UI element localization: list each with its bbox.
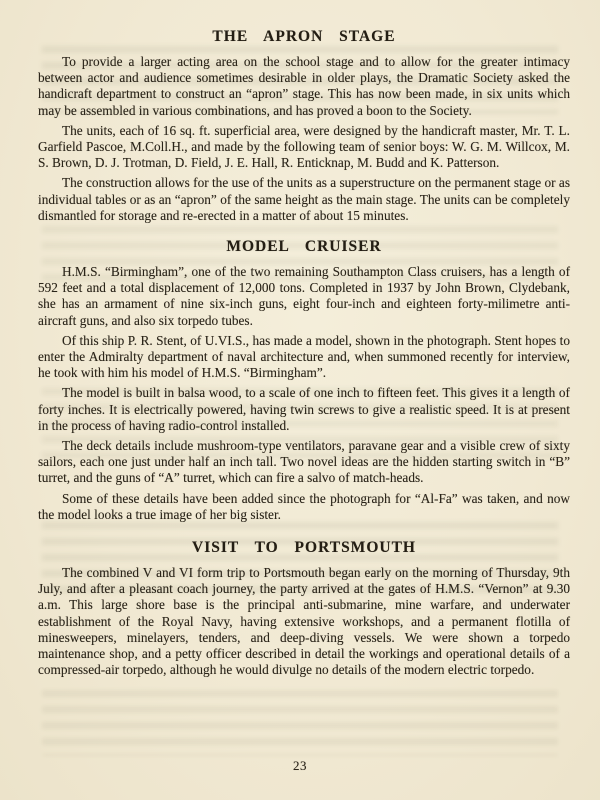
section-heading-apron-stage: THE APRON STAGE — [38, 28, 570, 46]
page-number: 23 — [0, 758, 600, 774]
section-heading-model-cruiser: MODEL CRUISER — [38, 238, 570, 256]
show-through-texture — [42, 690, 558, 756]
scanned-magazine-page: THE APRON STAGE To provide a larger acti… — [0, 0, 600, 800]
page-content: THE APRON STAGE To provide a larger acti… — [0, 0, 600, 679]
paragraph: The model is built in balsa wood, to a s… — [38, 385, 570, 434]
paragraph: The units, each of 16 sq. ft. superficia… — [38, 123, 570, 172]
paragraph: The construction allows for the use of t… — [38, 175, 570, 224]
paragraph: Of this ship P. R. Stent, of U.VI.S., ha… — [38, 333, 570, 382]
paragraph: The combined V and VI form trip to Ports… — [38, 565, 570, 678]
paragraph: The deck details include mushroom-type v… — [38, 438, 570, 487]
section-heading-visit-portsmouth: VISIT TO PORTSMOUTH — [38, 539, 570, 557]
paragraph: To provide a larger acting area on the s… — [38, 54, 570, 119]
paragraph: H.M.S. “Birmingham”, one of the two rema… — [38, 264, 570, 329]
paragraph: Some of these details have been added si… — [38, 491, 570, 523]
